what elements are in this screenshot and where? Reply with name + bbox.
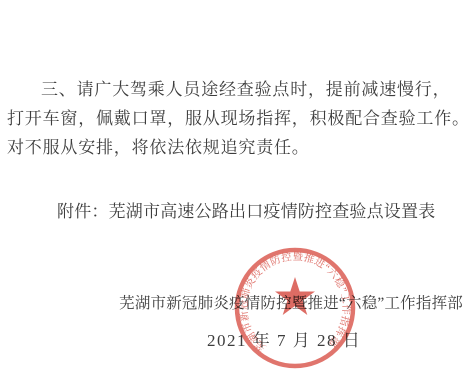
date-line: 2021 年 7 月 28 日 [207, 331, 361, 351]
paragraph-line-3: 对不服从安排，将依法依规追究责任。 [7, 138, 310, 158]
paragraph-line-1: 三、请广大驾乘人员途经查验点时，提前减速慢行， [41, 80, 450, 100]
paragraph-line-2: 打开车窗，佩戴口罩，服从现场指挥，积极配合查验工作。 [7, 109, 470, 129]
attachment-line: 附件：芜湖市高速公路出口疫情防控查验点设置表 [57, 202, 435, 222]
document-page: 三、请广大驾乘人员途经查验点时，提前减速慢行， 打开车窗，佩戴口罩，服从现场指挥… [0, 0, 470, 375]
signature-line: 芜湖市新冠肺炎疫情防控暨推进“六稳”工作指挥部 [119, 294, 463, 314]
